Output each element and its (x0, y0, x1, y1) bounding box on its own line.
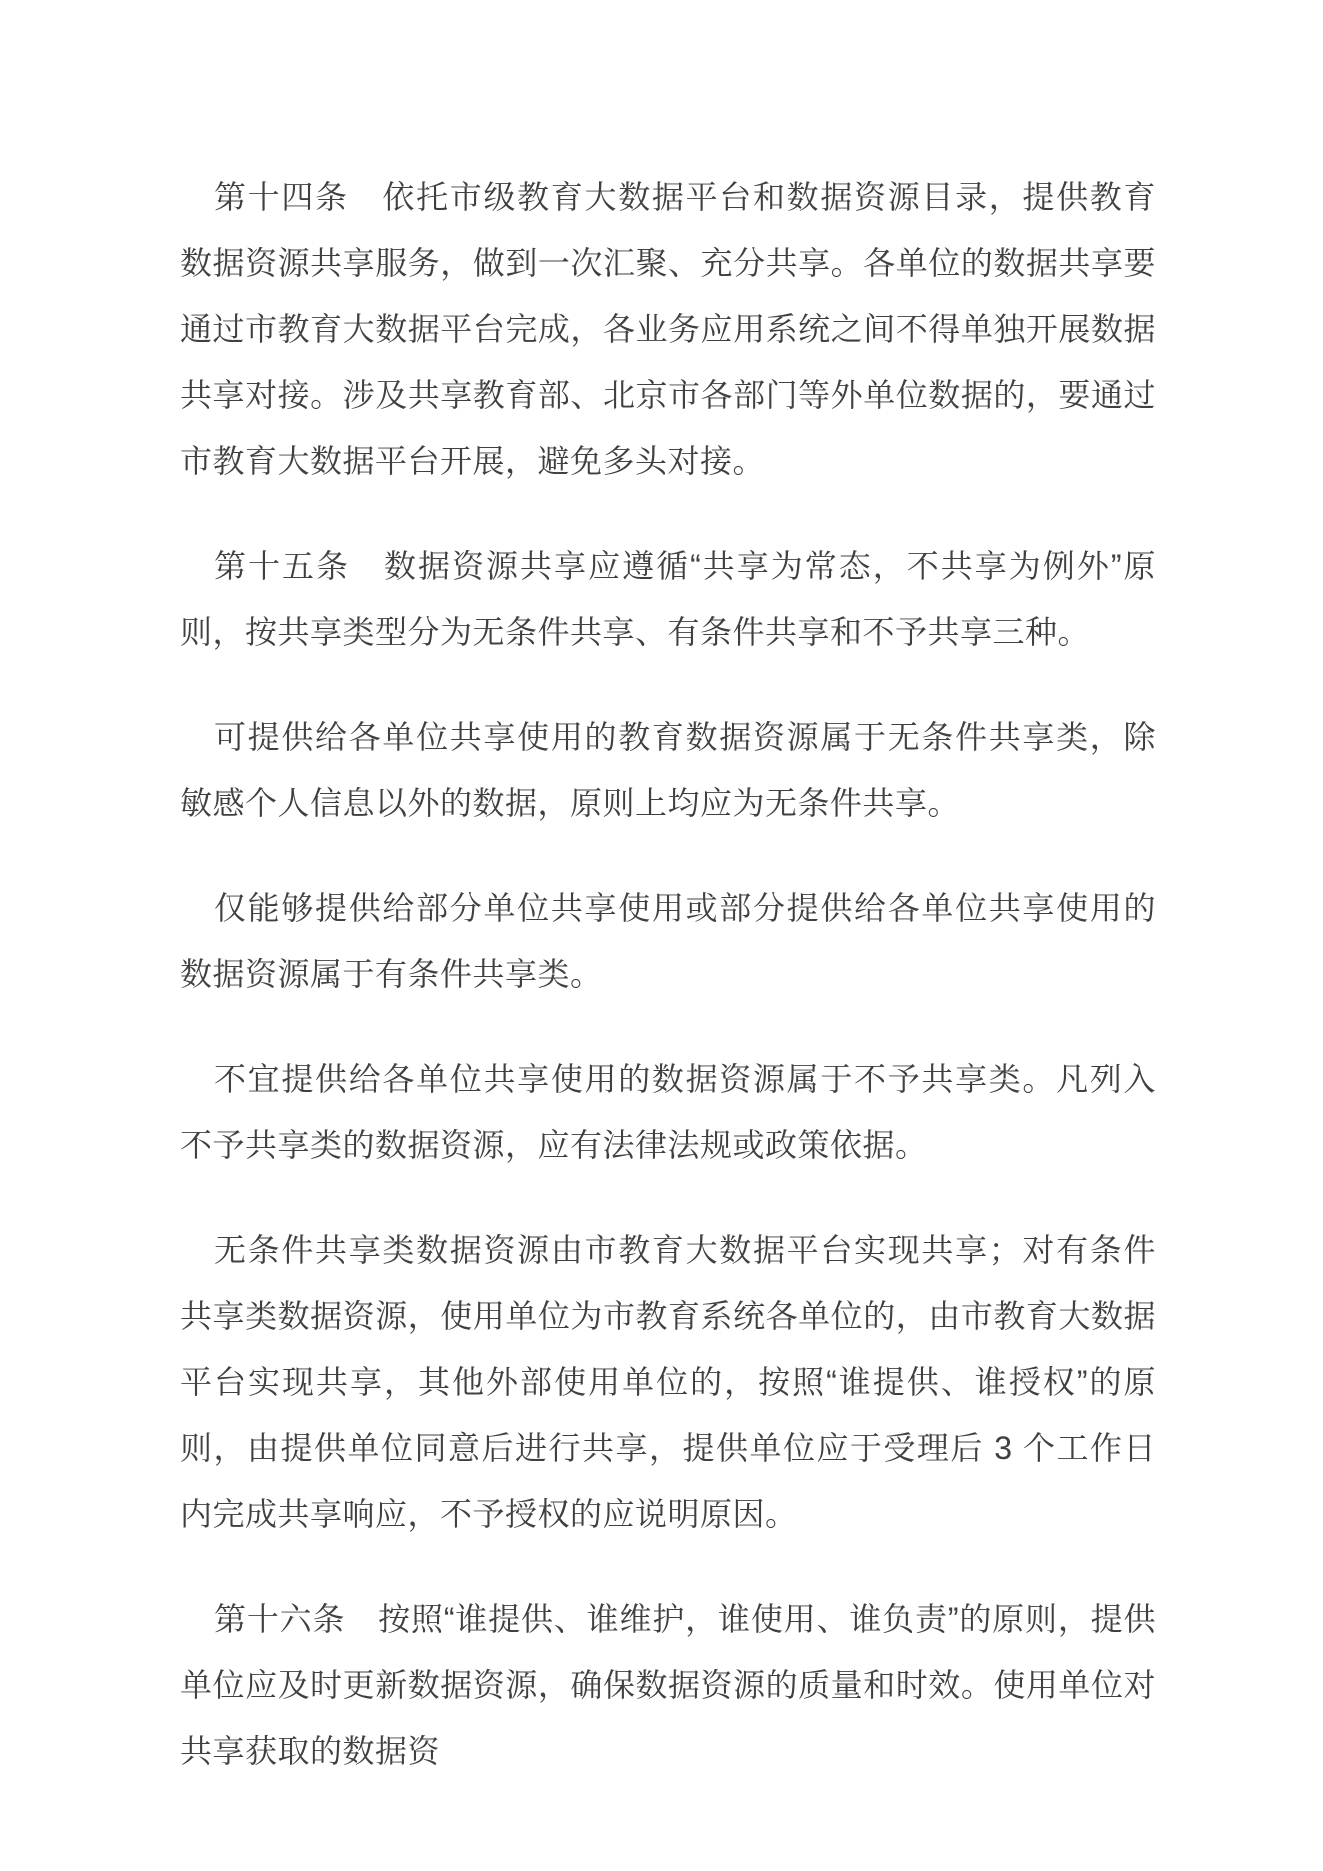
paragraph-share-implementation: 无条件共享类数据资源由市教育大数据平台实现共享；对有条件共享类数据资源，使用单位… (180, 1217, 1156, 1547)
document-body: 第十四条 依托市级教育大数据平台和数据资源目录，提供教育数据资源共享服务，做到一… (180, 164, 1156, 1784)
document-page: 第十四条 依托市级教育大数据平台和数据资源目录，提供教育数据资源共享服务，做到一… (0, 0, 1323, 1871)
paragraph-not-shared: 不宜提供给各单位共享使用的数据资源属于不予共享类。凡列入不予共享类的数据资源，应… (180, 1046, 1156, 1178)
paragraph-article-15: 第十五条 数据资源共享应遵循“共享为常态，不共享为例外”原则，按共享类型分为无条… (180, 533, 1156, 665)
paragraph-article-14: 第十四条 依托市级教育大数据平台和数据资源目录，提供教育数据资源共享服务，做到一… (180, 164, 1156, 494)
paragraph-article-16: 第十六条 按照“谁提供、谁维护，谁使用、谁负责”的原则，提供单位应及时更新数据资… (180, 1586, 1156, 1784)
paragraph-unconditional-share: 可提供给各单位共享使用的教育数据资源属于无条件共享类，除敏感个人信息以外的数据，… (180, 704, 1156, 836)
paragraph-conditional-share: 仅能够提供给部分单位共享使用或部分提供给各单位共享使用的数据资源属于有条件共享类… (180, 875, 1156, 1007)
